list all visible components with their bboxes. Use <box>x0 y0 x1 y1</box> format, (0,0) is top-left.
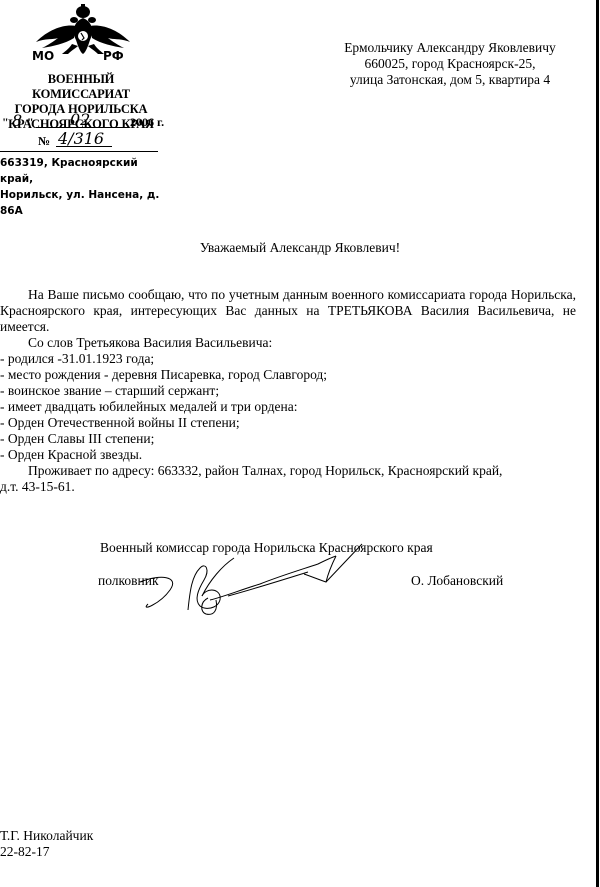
body-paragraph: На Ваше письмо сообщаю, что по учетным д… <box>0 287 576 335</box>
date-year: 2006 г. <box>130 115 164 130</box>
residence-line: Проживает по адресу: 663332, район Тална… <box>0 463 576 479</box>
list-item: - родился -31.01.1923 года; <box>0 351 576 367</box>
organization-address: 663319, Красноярский край, Норильск, ул.… <box>0 155 170 219</box>
handwritten-signature <box>130 540 370 620</box>
date-day: 8 <box>12 111 22 130</box>
address-line: 663319, Красноярский край, <box>0 155 170 187</box>
list-item: - воинское звание – старший сержант; <box>0 383 576 399</box>
body-paragraph-intro: Со слов Третьякова Василия Васильевича: <box>0 335 576 351</box>
list-item: - Орден Отечественной войны II степени; <box>0 415 576 431</box>
list-item: - Орден Красной звезды. <box>0 447 576 463</box>
letterhead-divider <box>0 151 158 152</box>
letter-number: № 4/316 <box>38 132 138 150</box>
recipient-address-line: 660025, город Красноярск-25, <box>300 56 600 72</box>
executor-name: Т.Г. Николайчик <box>0 828 93 844</box>
recipient-address-line: улица Затонская, дом 5, квартира 4 <box>300 72 600 88</box>
organization-line: ВОЕННЫЙ КОМИССАРИАТ <box>0 72 162 102</box>
number-label: № <box>38 134 50 149</box>
list-item: - место рождения - деревня Писаревка, го… <box>0 367 576 383</box>
number-value: 4/316 <box>58 129 104 148</box>
phone-line: д.т. 43-15-61. <box>0 479 576 495</box>
greeting: Уважаемый Александр Яковлевич! <box>150 240 450 256</box>
recipient-name: Ермольчику Александру Яковлевичу <box>300 40 600 56</box>
executor-phone: 22-82-17 <box>0 844 93 860</box>
list-item: - имеет двадцать юбилейных медалей и три… <box>0 399 576 415</box>
recipient-block: Ермольчику Александру Яковлевичу 660025,… <box>300 40 600 88</box>
signer-name: О. Лобановский <box>411 573 503 589</box>
emblem-label-rf: РФ <box>103 49 124 63</box>
date-month: 02 <box>70 110 90 129</box>
emblem-label-mo: МО <box>32 49 54 63</box>
address-line: Норильск, ул. Нансена, д. 86А <box>0 187 170 219</box>
letter-body: На Ваше письмо сообщаю, что по учетным д… <box>0 287 576 495</box>
executor-block: Т.Г. Николайчик 22-82-17 <box>0 828 93 860</box>
list-item: - Орден Славы III степени; <box>0 431 576 447</box>
scan-edge-line <box>596 0 599 887</box>
